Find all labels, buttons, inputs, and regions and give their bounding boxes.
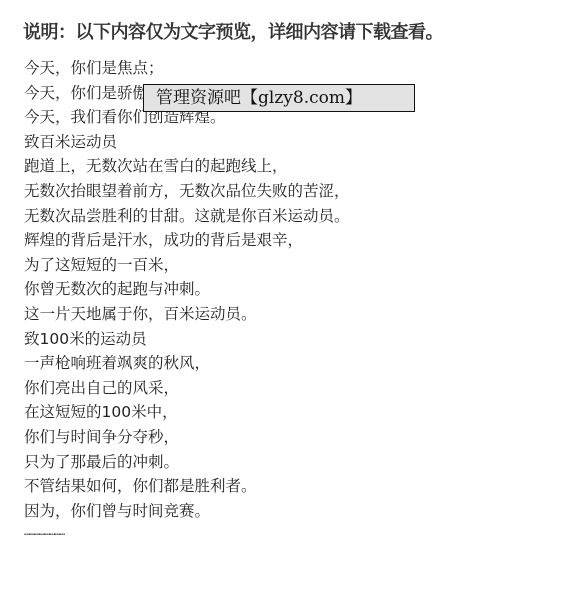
text-line: 无数次品尝胜利的甘甜。这就是你百米运动员。 [24,204,350,229]
text-line: 因为，你们曾与时间竞赛。 [24,499,350,524]
text-line: 这一片天地属于你，百米运动员。 [24,302,350,327]
text-line: 在这短短的100米中， [24,400,350,425]
truncation-ellipsis: …………………… [24,523,350,543]
text-line: 你们亮出自己的风采， [24,376,350,401]
text-line: 只为了那最后的冲刺。 [24,450,350,475]
preview-notice-title: 说明：以下内容仅为文字预览，详细内容请下载查看。 [23,18,443,44]
text-line: 你们与时间争分夺秒， [24,425,350,450]
text-line: 今天，你们是焦点； [24,56,350,81]
section-heading: 致百米运动员 [24,130,350,155]
text-line: 不管结果如何，你们都是胜利者。 [24,474,350,499]
text-line: 无数次抬眼望着前方，无数次品位失败的苦涩， [24,179,350,204]
text-line: 一声枪响班着飒爽的秋风， [24,351,350,376]
text-line: 跑道上，无数次站在雪白的起跑线上， [24,154,350,179]
text-line: 你曾无数次的起跑与冲刺。 [24,277,350,302]
watermark-banner: 管理资源吧【glzy8.com】 [143,84,415,112]
text-line: 为了这短短的一百米， [24,253,350,278]
section-heading: 致100米的运动员 [24,327,350,352]
text-line: 辉煌的背后是汗水，成功的背后是艰辛， [24,228,350,253]
document-body: 今天，你们是焦点； 今天，你们是骄傲； 今天，我们看你们创造辉煌。 致百米运动员… [24,56,350,543]
